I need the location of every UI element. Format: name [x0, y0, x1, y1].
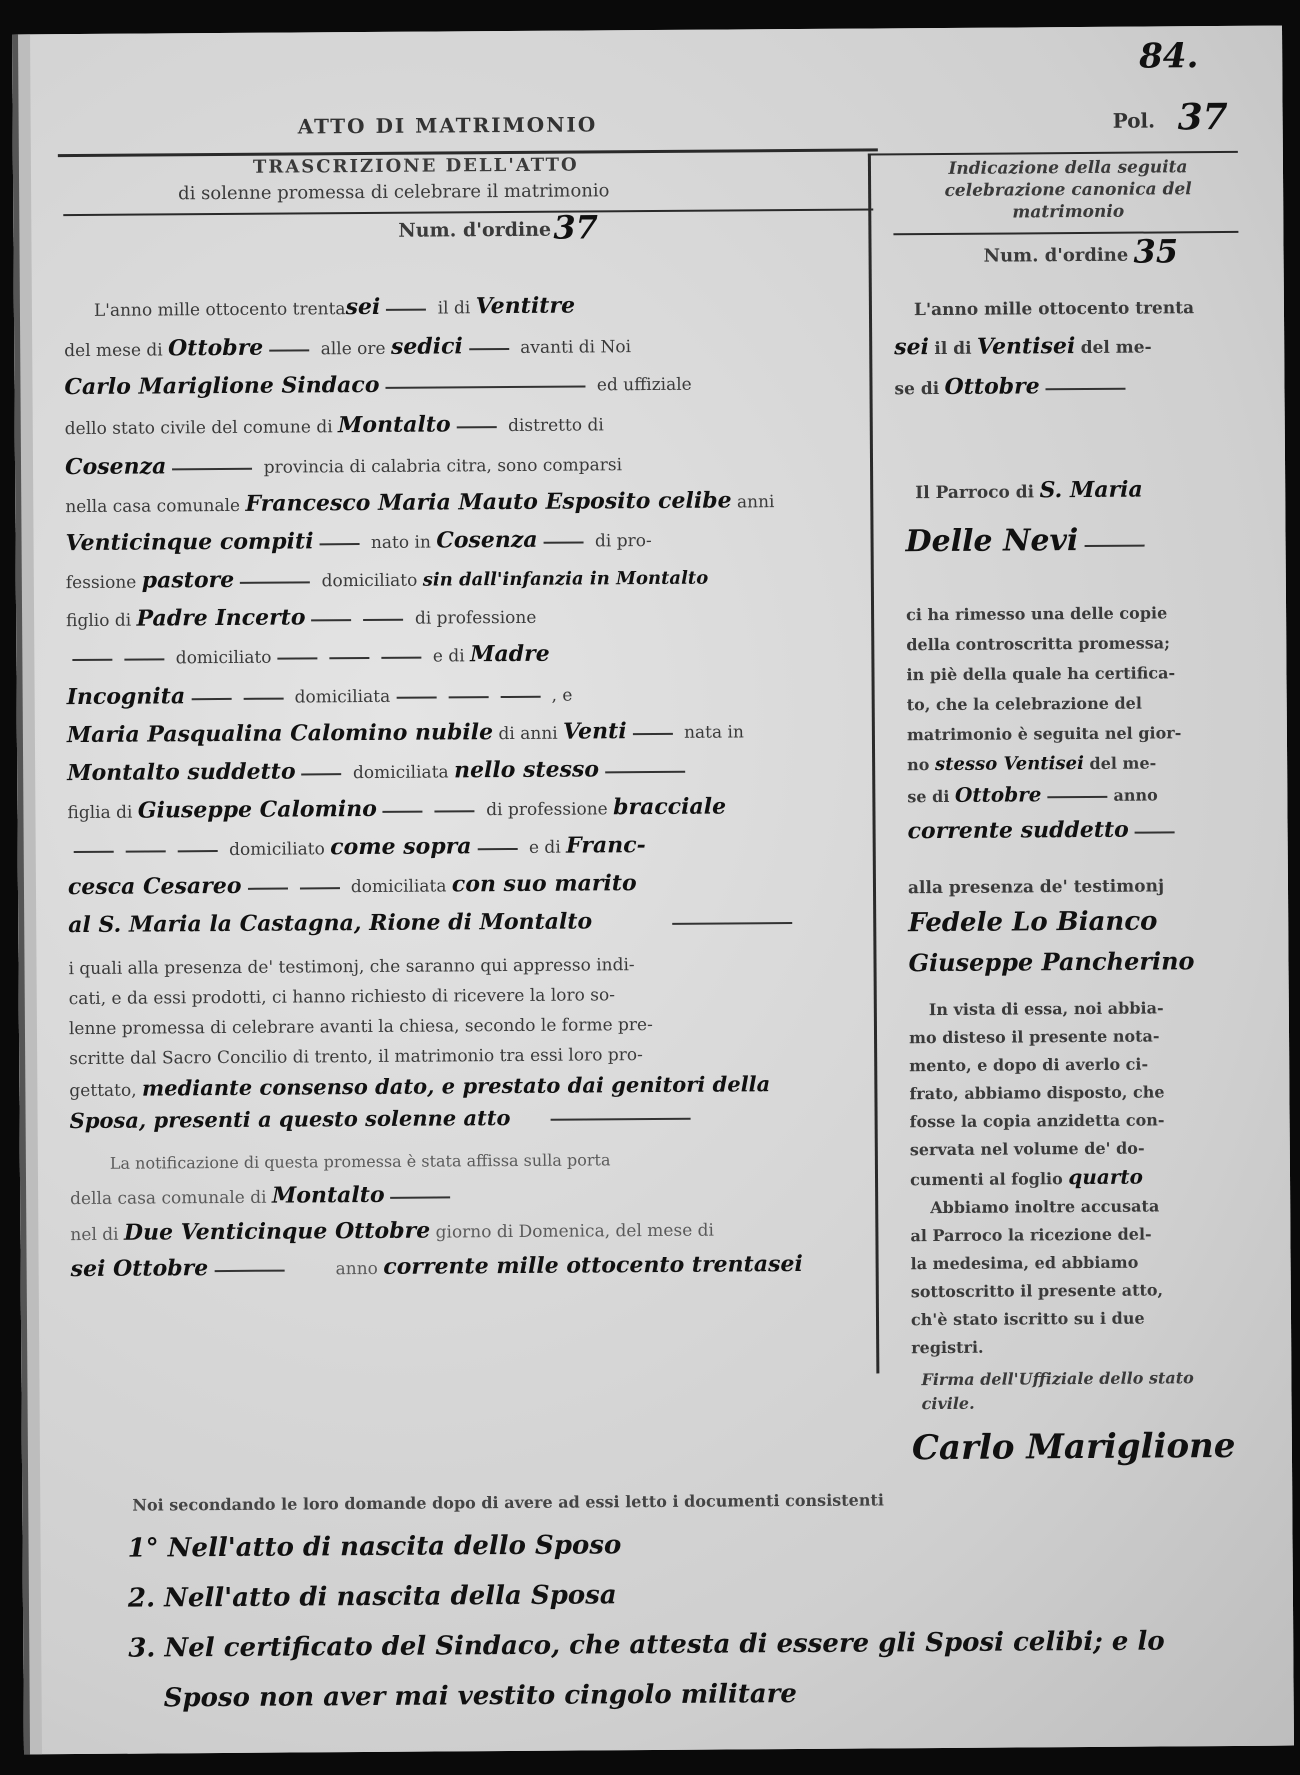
record-line-8: fessione pastore domiciliato sin dall'in… — [66, 564, 709, 594]
record-line-16: cesca Cesareo domiciliata con suo marito — [68, 870, 637, 900]
transcription-section: TRASCRIZIONE DELL'ATTO di solenne promes… — [62, 28, 882, 34]
folio-label: Pol. — [1113, 108, 1156, 132]
record-line-4: dello stato civile del comune di Montalt… — [65, 410, 604, 440]
official-signature: Carlo Mariglione — [912, 1426, 1236, 1468]
notification-line-2: della casa comunale di Montalto — [70, 1181, 457, 1210]
column-divider — [868, 153, 880, 1373]
record-line-9: figlio di Padre Incerto di professione — [66, 603, 536, 632]
right-heading: Indicazione della seguita celebrazione c… — [903, 156, 1233, 224]
record-line-5: Cosenza provincia di calabria citra, son… — [65, 450, 622, 480]
record-line-3: Carlo Mariglione Sindaco ed uffiziale — [64, 370, 691, 400]
right-order-label: Num. d'ordine — [984, 245, 1129, 267]
document-item-2: 2. Nell'atto di nascita della Sposa — [128, 1580, 617, 1613]
right-line-5: Delle Nevi — [905, 523, 1150, 560]
right-line-current: corrente suddetto — [908, 816, 1181, 844]
right-header-rule — [868, 151, 1238, 156]
section-subtitle-1: TRASCRIZIONE DELL'ATTO — [253, 155, 579, 178]
notification-line-4: sei Ottobre anno corrente mille ottocent… — [71, 1251, 803, 1282]
right-heading-rule — [893, 231, 1238, 235]
document-item-3: 3. Nel certificato del Sindaco, che atte… — [128, 1626, 1165, 1663]
page-number: 84. — [1139, 36, 1198, 76]
record-line-2: del mese di Ottobre alle ore sedici avan… — [64, 332, 631, 362]
subtitle-rule — [63, 208, 873, 216]
order-label: Num. d'ordine — [398, 219, 551, 242]
notification-line-1: La notificazione di questa promessa è st… — [110, 1150, 611, 1172]
notification-line-3: nel di Due Venticinque Ottobre giorno di… — [70, 1216, 714, 1246]
witness-2: Giuseppe Pancherino — [908, 946, 1194, 977]
canonical-celebration-section: Indicazione della seguita celebrazione c… — [892, 26, 1252, 29]
record-line-12: Maria Pasqualina Calomino nubile di anni… — [67, 717, 744, 748]
promise-paragraph: i quali alla presenza de' testimonj, che… — [68, 949, 770, 1136]
record-line-11: Incognita domiciliata , e — [67, 681, 573, 711]
right-line-3: se di Ottobre — [894, 373, 1131, 401]
document-page: 84. ATTO DI MATRIMONIO Pol. 37 TRASCRIZI… — [12, 26, 1294, 1755]
right-order-number: 35 — [1133, 232, 1178, 270]
right-line-1: L'anno mille ottocento trenta — [914, 298, 1194, 320]
signature-label: Firma dell'Uffiziale dello stato civile. — [921, 1366, 1221, 1416]
record-line-6: nella casa comunale Francesco Maria Maut… — [65, 487, 774, 518]
section-subtitle-2: di solenne promessa di celebrare il matr… — [178, 180, 609, 204]
documents-statement: Noi secondando le loro domande dopo di a… — [132, 1490, 884, 1514]
order-number: 37 — [553, 208, 598, 246]
right-body-paragraph: ci ha rimesso una delle copie della cont… — [906, 598, 1182, 812]
document-title: ATTO DI MATRIMONIO — [298, 112, 598, 138]
right-line-4: Il Parroco di S. Maria — [915, 477, 1143, 505]
right-line-2: sei il di Ventisei del me- — [894, 333, 1152, 361]
record-line-15: domiciliato come sopra e di Franc- — [68, 832, 646, 862]
record-line-17: al S. Maria la Castagna, Rione di Montal… — [68, 907, 798, 938]
record-line-14: figlia di Giuseppe Calomino di professio… — [67, 793, 726, 824]
document-item-3-continued: Sposo non aver mai vestito cingolo milit… — [164, 1679, 797, 1713]
record-line-1: L'anno mille ottocento trentasei il di V… — [94, 293, 575, 322]
closing-paragraph: In vista di essa, noi abbia- mo disteso … — [909, 994, 1167, 1362]
witness-1: Fedele Lo Bianco — [908, 906, 1157, 938]
witnesses-label: alla presenza de' testimonj — [908, 876, 1164, 898]
document-item-1: 1° Nell'atto di nascita dello Sposo — [127, 1530, 621, 1563]
folio-number: 37 — [1177, 96, 1227, 138]
record-line-7: Venticinque compiti nato in Cosenza di p… — [65, 526, 651, 556]
record-line-13: Montalto suddetto domiciliata nello stes… — [67, 756, 691, 786]
record-line-10: domiciliato e di Madre — [66, 641, 549, 670]
